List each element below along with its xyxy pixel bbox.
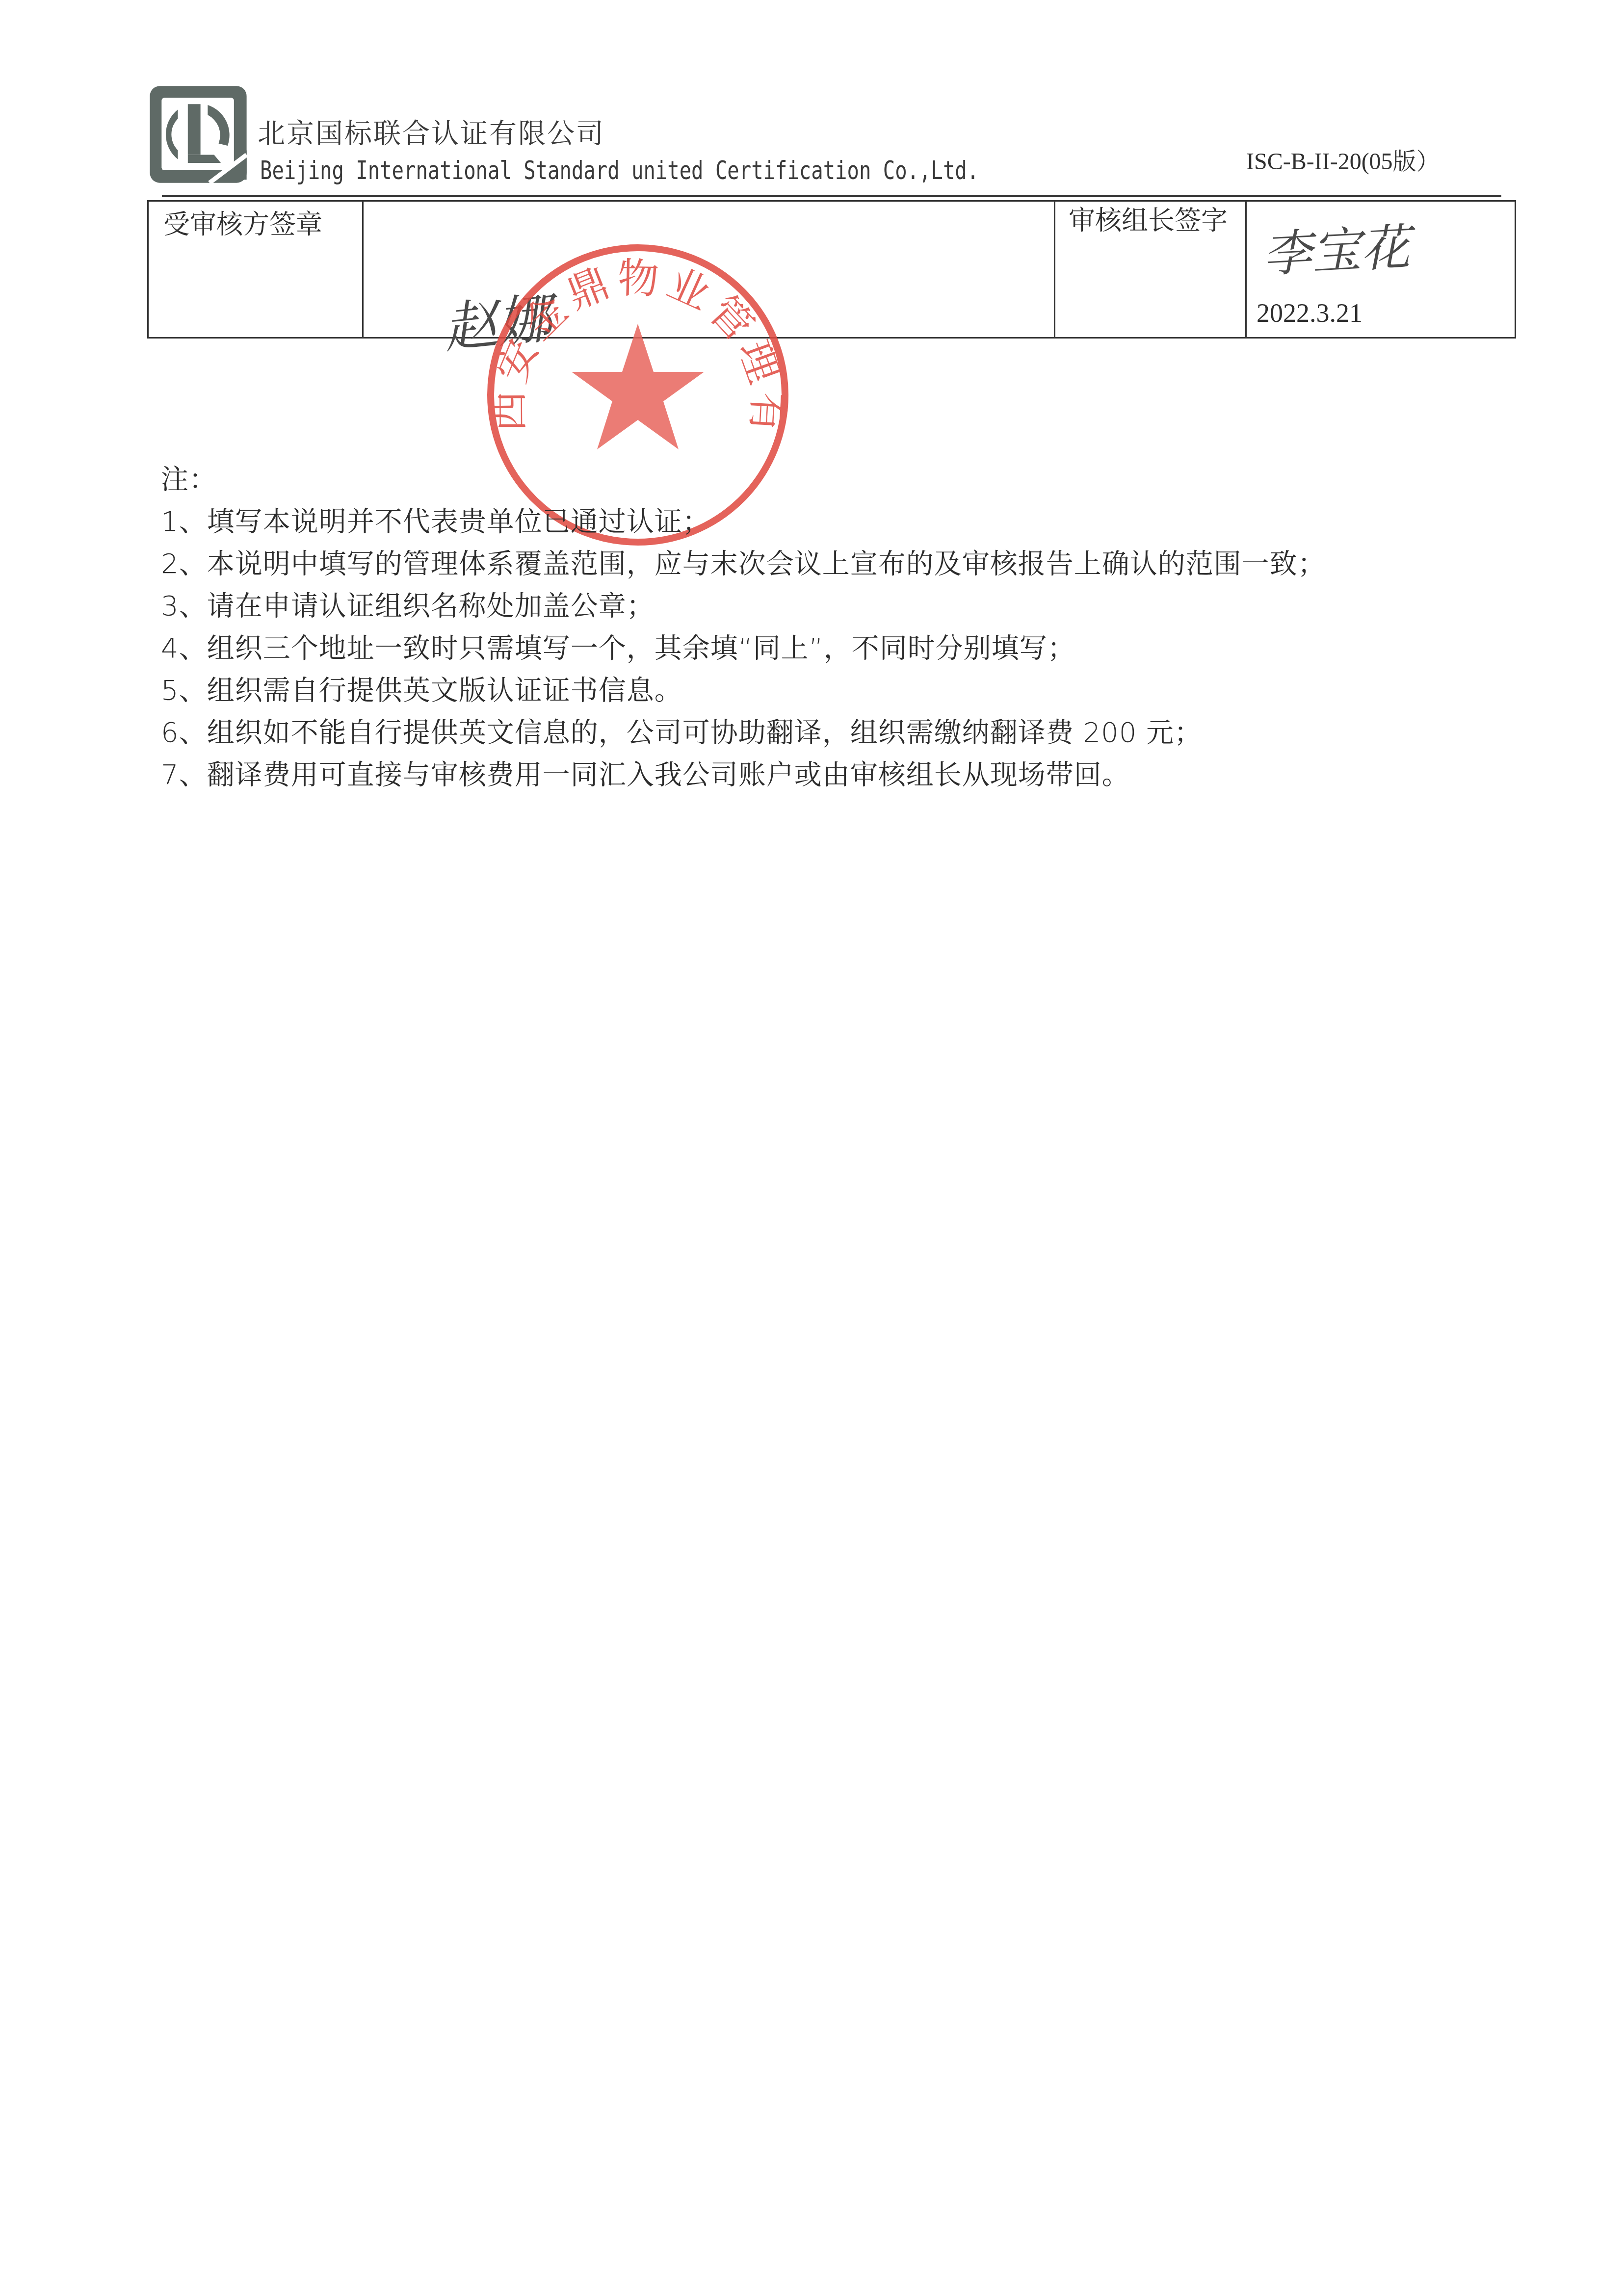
notes-title: 注： — [161, 459, 1535, 501]
note-item: 6、组织如不能自行提供英文信息的，公司可协助翻译，组织需缴纳翻译费 200 元； — [161, 712, 1535, 754]
header-divider — [162, 195, 1501, 197]
table-divider — [1245, 202, 1247, 337]
team-leader-signature-label: 审核组长签字 — [1069, 203, 1231, 239]
notes-section: 注： 1、填写本说明并不代表贵单位已通过认证； 2、本说明中填写的管理体系覆盖范… — [161, 459, 1535, 796]
note-item: 3、请在申请认证组织名称处加盖公章； — [161, 585, 1535, 627]
signature-table: 受审核方签章 赵娜 审核组长签字 李宝花 2022.3.21 — [147, 200, 1516, 339]
note-item: 7、翻译费用可直接与审核费用一同汇入我公司账户或由审核组长从现场带回。 — [161, 754, 1535, 796]
company-name-cn: 北京国标联合认证有限公司 — [258, 112, 605, 151]
company-name-en: Beijing International Standard united Ce… — [260, 156, 979, 185]
table-divider — [362, 202, 364, 337]
auditee-signature: 赵娜 — [439, 275, 554, 363]
signature-date: 2022.3.21 — [1257, 298, 1362, 328]
company-logo-icon — [146, 82, 250, 186]
auditee-seal-label: 受审核方签章 — [163, 207, 360, 243]
team-leader-signature: 李宝花 — [1260, 208, 1411, 286]
note-item: 1、填写本说明并不代表贵单位已通过认证； — [161, 501, 1535, 543]
note-item: 5、组织需自行提供英文版认证证书信息。 — [161, 670, 1535, 712]
table-divider — [1054, 202, 1055, 337]
note-item: 4、组织三个地址一致时只需填写一个，其余填“同上”，不同时分别填写； — [161, 627, 1535, 670]
form-code: ISC-B-II-20(05版） — [1246, 142, 1440, 176]
note-item: 2、本说明中填写的管理体系覆盖范围，应与末次会议上宣布的及审核报告上确认的范围一… — [161, 543, 1535, 585]
